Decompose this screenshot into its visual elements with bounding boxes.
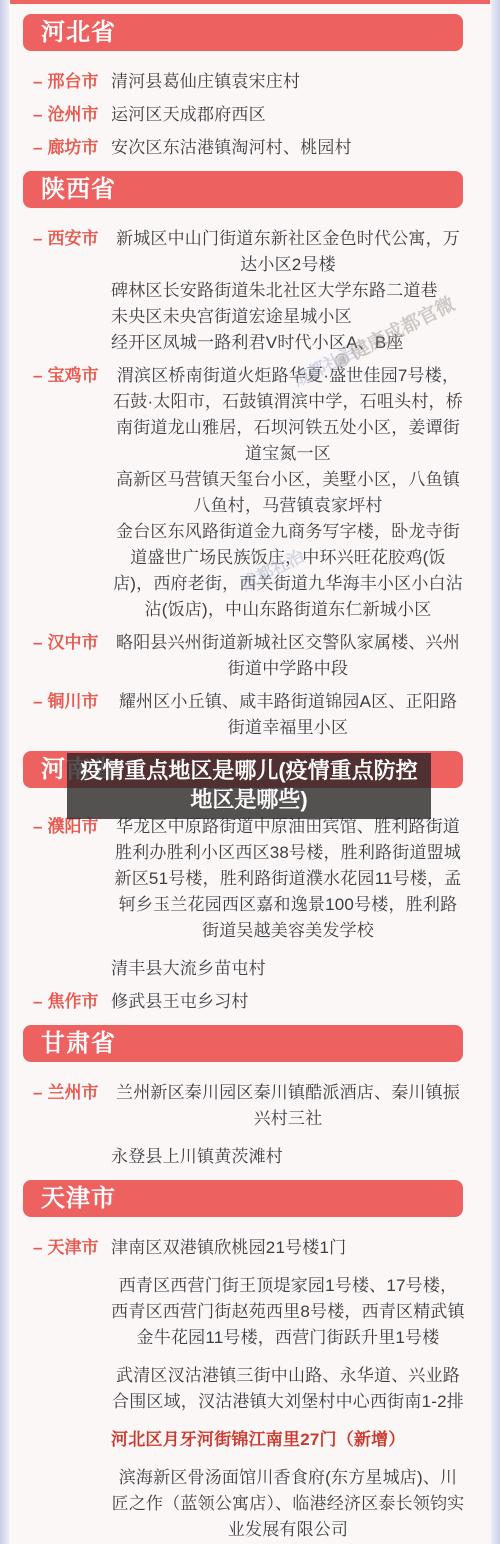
address-paragraph: 安次区东沽港镇淘河村、桃园村: [111, 135, 465, 161]
dash-bullet: –: [33, 817, 42, 836]
address-paragraph: 西青区西营门街王顶堤家园1号楼、17号楼，西青区西营门街赵苑西里8号楼，西青区精…: [111, 1273, 465, 1351]
city-name: 汉中市: [47, 633, 98, 652]
address-paragraph: 新城区中山门街道东新社区金色时代公寓，万达小区2号楼: [111, 226, 465, 278]
city-name: 西安市: [47, 229, 98, 248]
province-banner-label: 河北省: [41, 19, 116, 46]
province-banner-label: 陕西省: [41, 176, 116, 203]
city-label: –廊坊市: [33, 135, 111, 161]
province-banner-shaanxi: 陕西省: [23, 171, 463, 208]
address-paragraph: 兰州新区秦川园区秦川镇酷派酒店、秦川镇振兴村三社: [111, 1080, 465, 1132]
city-row-puyang: –濮阳市 华龙区中原路街道中原油田宾馆、胜利路街道胜利办胜利小区西区38号楼，胜…: [9, 814, 491, 982]
city-label: –宝鸡市: [33, 363, 111, 623]
address-paragraph: 运河区天成郡府西区: [111, 102, 465, 128]
address-paragraph: 未央区未央宫街道宏途星城小区: [111, 304, 465, 330]
address-paragraph: 清丰县大流乡苗屯村: [111, 956, 465, 982]
province-banner-hebei: 河北省: [23, 14, 463, 51]
city-row-cangzhou: –沧州市 运河区天成郡府西区: [9, 102, 491, 128]
address-paragraph: 经开区凤城一路利君V时代小区A、B座: [111, 330, 465, 356]
section-henan: 河南省 疫情重点地区是哪儿(疫情重点防控 地区是哪些): [9, 751, 491, 788]
city-label: –兰州市: [33, 1080, 111, 1170]
article-title-line1: 疫情重点地区是哪儿(疫情重点防控: [67, 756, 431, 785]
address-paragraph: 渭滨区桥南街道火炬路华夏·盛世佳园7号楼，石鼓·太阳市，石鼓镇渭滨中学，石咀头村…: [111, 363, 465, 467]
city-name: 铜川市: [47, 692, 98, 711]
city-row-xian: –西安市 新城区中山门街道东新社区金色时代公寓，万达小区2号楼 碑林区长安路街道…: [9, 226, 491, 356]
dash-bullet: –: [33, 366, 42, 385]
screen-edge-left: [0, 0, 9, 1544]
section-shaanxi: 陕西省: [9, 171, 491, 208]
city-row-hanzhong: –汉中市 略阳县兴州街道新城社区交警队家属楼、兴州街道中学路中段: [9, 630, 491, 682]
city-row-baoji: –宝鸡市 渭滨区桥南街道火炬路华夏·盛世佳园7号楼，石鼓·太阳市，石鼓镇渭滨中学…: [9, 363, 491, 623]
city-row-jiaozuo: –焦作市 修武县王屯乡习村: [9, 989, 491, 1015]
section-gansu: 甘肃省: [9, 1025, 491, 1062]
city-list-tianjin: –天津市 津南区双港镇欣桃园21号楼1门 西青区西营门街王顶堤家园1号楼、17号…: [9, 1235, 491, 1543]
address-paragraph: 修武县王屯乡习村: [111, 989, 465, 1015]
address-paragraph: 滨海新区骨汤面馆川香食府(东方星城店)、川匠之作（蓝领公寓店）、临港经济区泰长领…: [111, 1465, 465, 1543]
dash-bullet: –: [33, 72, 42, 91]
address-paragraph: 武清区汊沽港镇三街中山路、永华道、兴业路合围区域，汊沽港镇大刘堡村中心西街南1-…: [111, 1363, 465, 1415]
address-paragraph-new: 河北区月牙河街锦江南里27门（新增）: [111, 1427, 465, 1453]
dash-bullet: –: [33, 105, 42, 124]
section-tianjin: 天津市: [9, 1180, 491, 1217]
city-label: –铜川市: [33, 689, 111, 741]
city-row-xingtai: –邢台市 清河县葛仙庄镇袁宋庄村: [9, 69, 491, 95]
address-paragraph: 耀州区小丘镇、咸丰路街道锦园A区、正阳路街道幸福里小区: [111, 689, 465, 741]
dash-bullet: –: [33, 633, 42, 652]
dash-bullet: –: [33, 1083, 42, 1102]
address-paragraph: 碑林区长安路街道朱北社区大学东路二道巷: [111, 278, 465, 304]
address-paragraph: 金台区东风路街道金九商务写字楼，卧龙寺街道盛世广场民族饭庄，中环兴旺花胶鸡(饭店…: [111, 519, 465, 623]
dash-bullet: –: [33, 229, 42, 248]
city-list-hebei: –邢台市 清河县葛仙庄镇袁宋庄村 –沧州市 运河区天成郡府西区 –廊坊市 安次区…: [9, 69, 491, 161]
screen-edge-right: [491, 0, 500, 1544]
city-name: 邢台市: [47, 72, 98, 91]
city-name: 兰州市: [47, 1083, 98, 1102]
section-hebei: 河北省: [9, 14, 491, 51]
city-name: 焦作市: [47, 992, 98, 1011]
city-label: –汉中市: [33, 630, 111, 682]
city-row-langfang: –廊坊市 安次区东沽港镇淘河村、桃园村: [9, 135, 491, 161]
address-paragraph: 清河县葛仙庄镇袁宋庄村: [111, 69, 465, 95]
dash-bullet: –: [33, 692, 42, 711]
address-paragraph: 华龙区中原路街道中原油田宾馆、胜利路街道胜利办胜利小区西区38号楼，胜利路街道盟…: [111, 814, 465, 944]
city-name: 宝鸡市: [47, 366, 98, 385]
province-banner-gansu: 甘肃省: [23, 1025, 463, 1062]
city-name: 天津市: [47, 1238, 98, 1257]
address-paragraph: 津南区双港镇欣桃园21号楼1门: [111, 1235, 465, 1261]
city-list-shaanxi: –西安市 新城区中山门街道东新社区金色时代公寓，万达小区2号楼 碑林区长安路街道…: [9, 226, 491, 741]
city-label: –邢台市: [33, 69, 111, 95]
province-banner-label: 天津市: [41, 1185, 116, 1212]
city-name: 沧州市: [47, 105, 98, 124]
article-content: 河北省 –邢台市 清河县葛仙庄镇袁宋庄村 –沧州市 运河区天成郡府西区 –廊坊市…: [9, 4, 491, 1544]
city-label: –濮阳市: [33, 814, 111, 982]
province-banner-tianjin: 天津市: [23, 1180, 463, 1217]
address-paragraph: 高新区马营镇天玺台小区，美墅小区，八鱼镇八鱼村，马营镇袁家坪村: [111, 467, 465, 519]
province-banner-label: 甘肃省: [41, 1030, 116, 1057]
city-name: 濮阳市: [47, 817, 98, 836]
city-row-tongchuan: –铜川市 耀州区小丘镇、咸丰路街道锦园A区、正阳路街道幸福里小区: [9, 689, 491, 741]
city-row-tianjin: –天津市 津南区双港镇欣桃园21号楼1门 西青区西营门街王顶堤家园1号楼、17号…: [9, 1235, 491, 1543]
city-label: –沧州市: [33, 102, 111, 128]
city-label: –西安市: [33, 226, 111, 356]
city-row-lanzhou: –兰州市 兰州新区秦川园区秦川镇酷派酒店、秦川镇振兴村三社 永登县上川镇黄茨滩村: [9, 1080, 491, 1170]
dash-bullet: –: [33, 138, 42, 157]
article-page: 河北省 –邢台市 清河县葛仙庄镇袁宋庄村 –沧州市 运河区天成郡府西区 –廊坊市…: [0, 0, 500, 1544]
city-name: 廊坊市: [47, 138, 98, 157]
dash-bullet: –: [33, 992, 42, 1011]
city-list-henan: –濮阳市 华龙区中原路街道中原油田宾馆、胜利路街道胜利办胜利小区西区38号楼，胜…: [9, 814, 491, 1015]
article-title-line2: 地区是哪些): [67, 785, 431, 814]
article-title-overlay: 疫情重点地区是哪儿(疫情重点防控 地区是哪些): [67, 753, 431, 819]
dash-bullet: –: [33, 1238, 42, 1257]
city-label: –焦作市: [33, 989, 111, 1015]
address-paragraph: 永登县上川镇黄茨滩村: [111, 1144, 465, 1170]
city-label: –天津市: [33, 1235, 111, 1543]
city-list-gansu: –兰州市 兰州新区秦川园区秦川镇酷派酒店、秦川镇振兴村三社 永登县上川镇黄茨滩村: [9, 1080, 491, 1170]
address-paragraph: 略阳县兴州街道新城社区交警队家属楼、兴州街道中学路中段: [111, 630, 465, 682]
